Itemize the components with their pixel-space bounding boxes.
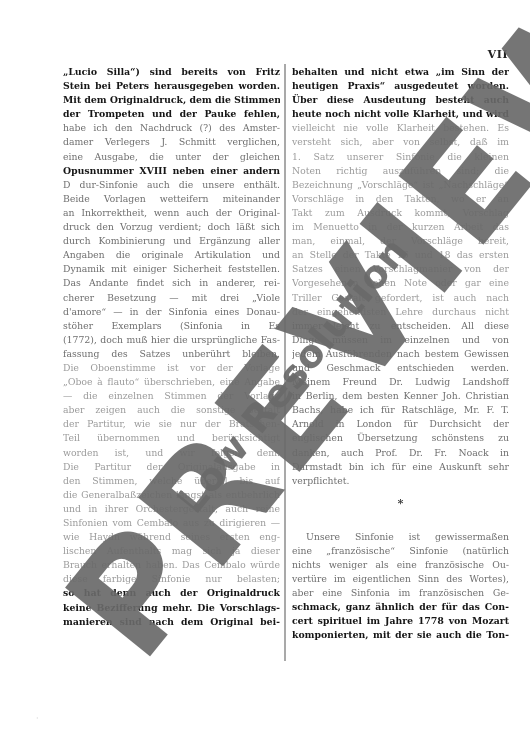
text-line: Brauch erhalten haben. Das Cembalo würde [63,559,280,573]
text-line: man, einmal, der Vorschläge bereit, [292,235,509,249]
text-line: schmack, ganz ähnlich der für das Con- [292,601,509,615]
text-line: danken, auch Prof. Dr. Fr. Noack in [292,447,509,461]
section-separator-asterisk: * [292,489,509,517]
text-line: an Stelle der Takte 16 und 18 das ersten [292,249,509,263]
text-line: druck den Vorzug verdient; doch läßt sic… [63,221,280,235]
text-line: eine „französische“ Sinfonie (natürlich [292,545,509,559]
text-line: verpflichtet. [292,475,509,489]
text-line: worden ist, und wir folgen dem. [63,447,280,461]
text-line: Noten richtig auszuführen sind; die [292,165,509,179]
text-line: Teil übernommen und berücksichtigt [63,432,280,446]
text-line: englischen Übersetzung schönstens zu [292,432,509,446]
text-line: Die Partitur der Originalausgabe in [63,461,280,475]
text-line: der Trompeten und der Pauke fehlen, [63,108,280,122]
text-line: Die Oboenstimme ist vor der Vorlage [63,362,280,376]
right-text-column: behalten und nicht etwa „im Sinn derheut… [292,66,509,644]
text-line: so hat denn auch der Originaldruck [63,587,280,601]
column-divider [284,64,286,661]
text-line: und in ihrer Orchestergestalt, auch rein… [63,503,280,517]
text-line: manieren sind nach dem Original bei- [63,616,280,630]
score-preface-page: VII „Lucio Silla“) sind bereits von Frit… [0,0,530,750]
text-line: Angaben die originale Artikulation und [63,249,280,263]
text-line: Sinfonien vom Cembalo aus zu dirigieren … [63,517,280,531]
text-line: vertüre im eigentlichen Sinn des Wortes)… [292,573,509,587]
text-line: der Partitur, wie sie nur der Bratschen- [63,418,280,432]
text-line: (1772), doch muß hier die ursprüngliche … [63,334,280,348]
text-line: damer Verlegers J. Schmitt verglichen, [63,136,280,150]
text-line: Darmstadt bin ich für eine Auskunft sehr [292,461,509,475]
text-line: aber zeigen auch die sonstige Gestalt [63,404,280,418]
text-line: fassung des Satzes unberührt bleiben. [63,348,280,362]
text-line: cert spirituel im Jahre 1778 von Mozart [292,615,509,629]
text-line: heutigen Praxis“ ausgedeutet worden. [292,80,509,94]
text-line: und Geschmack entschieden werden. [292,362,509,376]
text-line: Unsere Sinfonie ist gewissermaßen [292,531,509,545]
text-line: diese farbige Sinfonie nur belasten; [63,573,280,587]
text-line: komponierten, mit der sie auch die Ton- [292,629,509,643]
text-line: Mit dem Originaldruck, dem die Stimmen [63,94,280,108]
text-line: die Generalbaßzeichen längst als entbehr… [63,489,280,503]
text-line: stöher Exemplars (Sinfonia in Es [63,320,280,334]
text-line: im Menuetto in der kurzen Arbeit das [292,221,509,235]
text-line: habe ich den Nachdruck (?) des Amster- [63,122,280,136]
text-line: Triller Gestalt gefordert, ist auch nach [292,292,509,306]
text-line: aber eine Sinfonia im französischen Ge- [292,587,509,601]
text-line: „Lucio Silla“) sind bereits von Fritz [63,66,280,80]
text-line: eine Ausgabe, die unter der gleichen [63,151,280,165]
text-line: vielleicht nie volle Klarheit bestehen. … [292,122,509,136]
text-line: an Inkorrektheit, wenn auch der Original… [63,207,280,221]
text-line: Bachs, habe ich für Ratschläge, Mr. F. T… [292,404,509,418]
text-line: Vorgesehenen hohen Note oder gar eine [292,277,509,291]
scan-artifact: · [36,714,41,723]
text-line: der eingehendsten Lehre durchaus nicht [292,306,509,320]
text-line: nichts weniger als eine französische Ou- [292,559,509,573]
page-number: VII [488,48,508,61]
text-line: Dinge müssen im einzelnen und von [292,334,509,348]
text-line: D dur-Sinfonie auch die unsere enthält. [63,179,280,193]
text-line: behalten und nicht etwa „im Sinn der [292,66,509,80]
text-line: immer leicht zu entscheiden. All diese [292,320,509,334]
text-line: jedem Ausführenden nach bestem Gewissen [292,348,509,362]
text-line: Satzes einen Vorschlagmanier von der [292,263,509,277]
text-line: heute noch nicht volle Klarheit, und wir… [292,108,509,122]
text-line: — die einzelnen Stimmen der Vorlage [63,390,280,404]
text-line: Vorschläge in den Takten, wo er an [292,193,509,207]
text-line: durch Kombinierung und Ergänzung aller [63,235,280,249]
text-line: keine Bezifferung mehr. Die Vorschlags- [63,602,280,616]
text-line: Stein bei Peters herausgegeben worden. [63,80,280,94]
text-line: d'amore“ — in der Sinfonia eines Donau- [63,306,280,320]
text-line: versteht sich, aber von selbst, daß im [292,136,509,150]
text-line: Dynamik mit einiger Sicherheit feststell… [63,263,280,277]
text-line: Beide Vorlagen wetteifern miteinander [63,193,280,207]
text-line: Bezeichnung „Vorschläge“ ist „Nachschläg… [292,179,509,193]
text-line: in Berlin, dem besten Kenner Joh. Christ… [292,390,509,404]
text-line: 1. Satz unserer Sinfonie die kleinen [292,151,509,165]
paragraph-gap [292,517,509,531]
text-line: Arnold in London für Durchsicht der [292,418,509,432]
left-text-column: „Lucio Silla“) sind bereits von FritzSte… [63,66,280,630]
text-line: Das Andante findet sich in anderer, rei- [63,277,280,291]
text-line: den Stimmen, welche überall bis auf [63,475,280,489]
text-line: Meinem Freund Dr. Ludwig Landshoff [292,376,509,390]
text-line: Über diese Ausdeutung besteht auch [292,94,509,108]
text-line: „Oboe à flauto“ überschrieben, eine Anga… [63,376,280,390]
text-line: cherer Besetzung — mit drei „Viole [63,292,280,306]
text-line: lischen Aufenthalts mag sich ja dieser [63,545,280,559]
text-line: wie Haydn während seines ersten eng- [63,531,280,545]
text-line: Opusnummer XVIII neben einer andern [63,165,280,179]
text-line: Takt zum Ausdruck kommt, Vorschlag [292,207,509,221]
